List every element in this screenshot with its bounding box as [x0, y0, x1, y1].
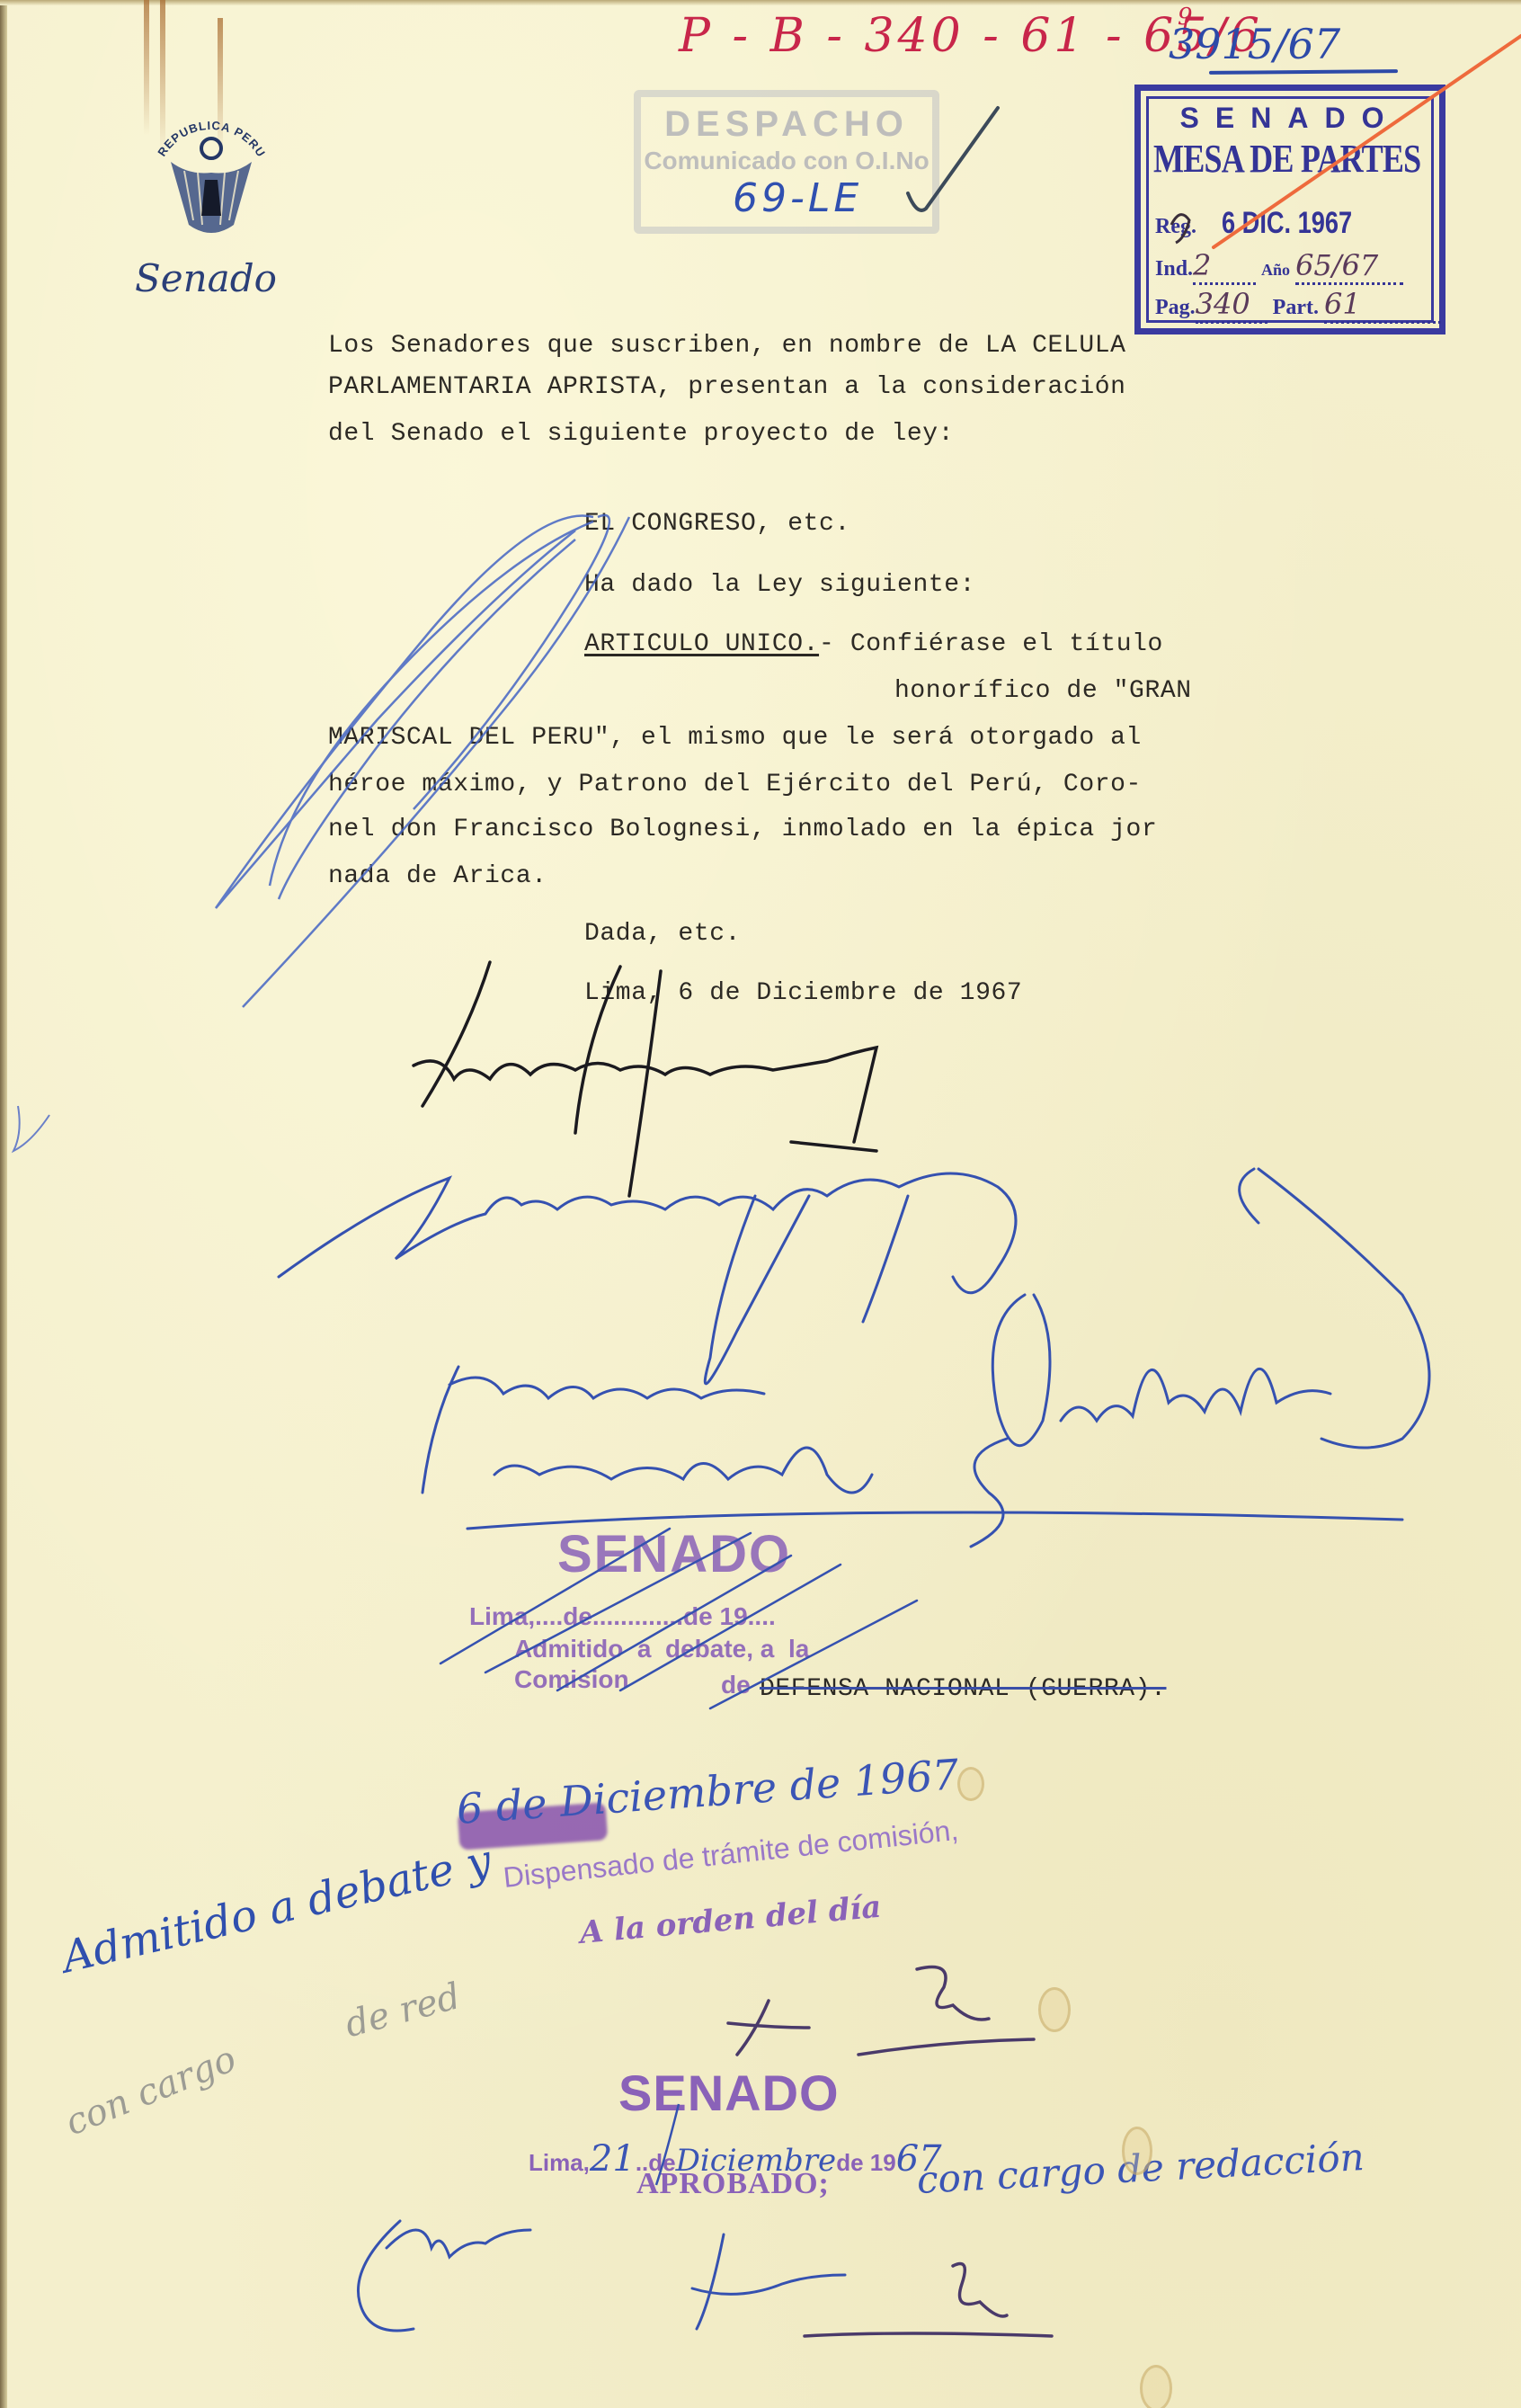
signature-6: [358, 2221, 530, 2331]
stamp-cancel-slashes: [440, 1529, 917, 1708]
signature-4: [422, 1367, 1402, 1547]
orange-slash: [1214, 36, 1521, 247]
margin-mark: [13, 1106, 49, 1151]
signature-1: [414, 962, 876, 1196]
handwriting-overlay: [0, 0, 1521, 2408]
signature-7: [692, 2234, 845, 2329]
check-mark-icon: [908, 108, 998, 210]
signature-2: [279, 1173, 1016, 1384]
signature-5: [728, 1967, 1034, 2056]
signature-3: [992, 1169, 1429, 1448]
blue-loop-scribble: [216, 515, 629, 1007]
stamp-slash-line: [656, 2104, 679, 2185]
handwritten-2: [1171, 215, 1189, 243]
